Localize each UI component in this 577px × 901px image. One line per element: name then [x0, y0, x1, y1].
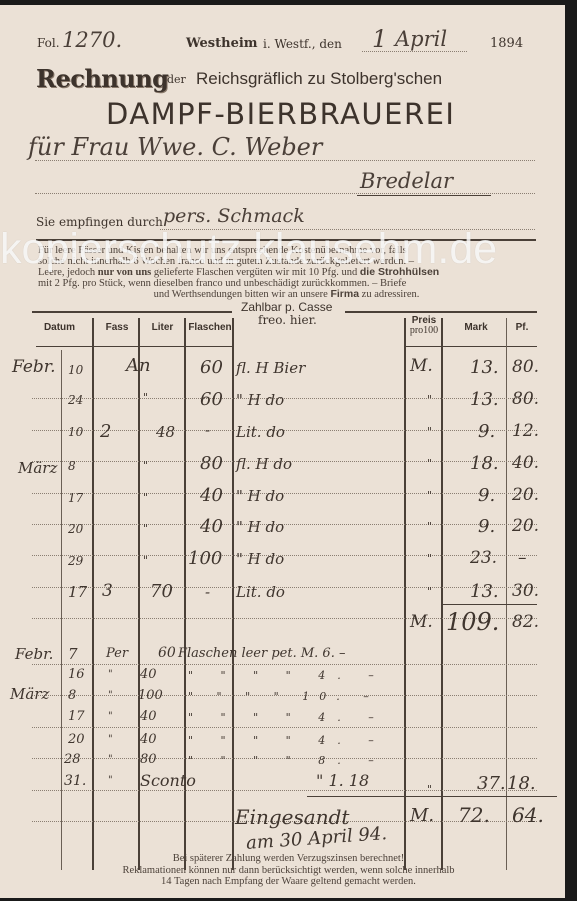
subtotal-rule	[442, 604, 537, 605]
folio-number: 1270.	[62, 28, 122, 52]
row-pf: 40.	[512, 453, 539, 473]
row-day: 10	[68, 425, 83, 439]
row-desc: Lit. do	[236, 423, 285, 441]
credit-total-pf: 18.	[507, 773, 536, 794]
credit-fass: "	[108, 734, 113, 745]
subtotal-pf: 82.	[512, 612, 539, 632]
row-pf: 80.	[512, 389, 539, 409]
date-month: April	[395, 27, 447, 51]
col-header-datum: Datum	[32, 322, 87, 333]
place-name: Westheim	[186, 36, 258, 51]
freo-label: freo. hier.	[258, 313, 317, 327]
row-preis: "	[427, 425, 432, 438]
row-flaschen: 60	[200, 389, 223, 410]
credit-desc: " " " " 8. –	[188, 754, 386, 767]
company-line: Reichsgräflich zu Stolberg'schen	[196, 69, 442, 89]
final-pf: 64.	[512, 803, 544, 827]
credit-desc: " 1. 18	[316, 771, 369, 790]
row-day: 17	[68, 491, 83, 505]
final-mark: 72.	[458, 803, 490, 827]
row-mark: 9.	[478, 421, 495, 442]
row-liter: 48	[156, 423, 175, 441]
rechnung-title: Rechnung	[36, 64, 168, 93]
brewery-name: DAMPF-BIERBRAUEREI	[106, 97, 455, 131]
row-preis: "	[427, 457, 432, 470]
row-dotline	[32, 555, 537, 556]
row-day: 29	[68, 554, 83, 568]
row-desc: Lit. do	[236, 583, 285, 601]
delivery-value: pers. Schmack	[163, 205, 305, 227]
date-year: 1894	[490, 36, 523, 51]
credit-day: 28	[64, 752, 81, 767]
row-pf: 12.	[512, 421, 539, 441]
subtotal-mark: 109.	[446, 608, 499, 636]
row-pf: 30.	[512, 581, 539, 601]
footer-notes: Bei späterer Zahlung werden Verzugszinse…	[0, 853, 577, 888]
header-bottom-right	[405, 346, 537, 347]
credit-desc: Flaschen leer pet. M. 6. –	[178, 646, 345, 661]
zahlbar-rule-right	[345, 311, 537, 313]
col-header-fass: Fass	[96, 322, 138, 333]
row-mark: 23.	[470, 548, 497, 568]
credit-month: März	[10, 685, 49, 703]
row-fass: 3	[102, 581, 113, 601]
row-dotline	[32, 493, 537, 494]
credit-total-rule	[307, 796, 557, 797]
row-mark: 13.	[470, 389, 499, 410]
row-mark: 9.	[478, 485, 495, 506]
pro100-label: pro100	[406, 326, 442, 336]
credit-liter: 100	[138, 688, 163, 703]
row-day: 8	[68, 459, 76, 473]
row-pf: 20.	[512, 485, 539, 505]
row-preis: "	[427, 520, 432, 533]
row-liter: "	[143, 554, 148, 567]
row-liter: 70	[150, 581, 173, 602]
row-flaschen: 40	[200, 485, 223, 506]
row-month: Febr.	[12, 357, 55, 377]
row-day: 24	[68, 393, 83, 407]
col-header-liter: Liter	[140, 322, 185, 333]
row-day: 17	[68, 583, 87, 601]
footer-line-2: Reklamationen können nur dann berücksich…	[0, 865, 577, 877]
row-mark: 13.	[470, 581, 499, 602]
recipient-name: für Frau Wwe. C. Weber	[28, 133, 322, 161]
row-flaschen: -	[205, 583, 210, 601]
credit-liter: 80	[140, 752, 157, 767]
recipient-dotline-2	[35, 193, 535, 194]
credit-fass: "	[108, 690, 113, 701]
row-desc: fl. H Bier	[236, 359, 305, 377]
credit-fass: Per	[106, 646, 128, 661]
credit-total-preis: "	[427, 783, 432, 796]
subtotal-preis: M.	[410, 612, 433, 632]
recipient-town: Bredelar	[360, 169, 453, 193]
row-month: März	[18, 459, 57, 477]
terms-line-5b: Firma	[330, 288, 359, 300]
row-liter: "	[143, 491, 148, 504]
credit-total-mark: 37.	[477, 773, 506, 794]
row-flaschen: -	[205, 421, 210, 439]
row-flaschen: 40	[200, 516, 223, 537]
credit-fass: "	[108, 754, 113, 765]
terms-line-5c: zu adressiren.	[362, 289, 420, 300]
row-flaschen: 60	[200, 357, 223, 378]
date-day: 1	[372, 25, 387, 53]
watermark: kopierschutz klausehm.de	[0, 225, 577, 274]
col-line-day	[61, 350, 62, 870]
col-header-preis: Preis pro100	[406, 316, 442, 336]
row-liter: "	[143, 459, 148, 472]
row-liter: "	[143, 522, 148, 535]
final-note: Eingesandt	[235, 805, 349, 829]
credit-day: 31.	[64, 773, 86, 789]
folio-label: Fol.	[37, 36, 60, 50]
terms-line-5a: und Werthsendungen bitten wir an unsere	[154, 289, 328, 300]
row-day: 10	[68, 363, 83, 377]
credit-liter: 40	[140, 709, 157, 724]
credit-liter: 60	[158, 645, 176, 661]
row-preis: "	[427, 489, 432, 502]
header-bottom-left	[36, 346, 234, 347]
footer-line-1: Bei späterer Zahlung werden Verzugszinse…	[0, 853, 577, 865]
col-line-desc	[232, 318, 234, 870]
row-desc: " H do	[236, 550, 284, 568]
row-liter: "	[143, 391, 148, 404]
der-word: der	[167, 73, 186, 86]
credit-fass: "	[108, 711, 113, 722]
row-preis: "	[427, 552, 432, 565]
credit-desc: " " " " 4. –	[188, 734, 386, 747]
row-dotline	[32, 398, 537, 399]
row-desc: " H do	[236, 487, 284, 505]
zahlbar-label: Zahlbar p. Casse	[241, 300, 332, 314]
row-mark: 9.	[478, 516, 495, 537]
col-line-mark	[441, 318, 443, 870]
row-pf: –	[518, 548, 527, 568]
credit-month: Febr.	[15, 645, 53, 663]
credit-desc: " " " " 4. –	[188, 669, 386, 682]
zahlbar-rule-left	[32, 311, 232, 313]
credit-day: 17	[68, 709, 85, 724]
row-dotline	[32, 524, 537, 525]
credit-desc: " " " " 10. –	[188, 690, 379, 703]
row-pf: 80.	[512, 357, 539, 377]
credit-liter: 40	[140, 667, 157, 682]
terms-line-4: mit 2 Pfg. pro Stück, wenn dieselben fra…	[38, 278, 535, 289]
final-preis: M.	[410, 805, 434, 826]
credit-day: 7	[68, 645, 78, 663]
row-fass: 2	[100, 421, 111, 442]
row-preis: "	[427, 393, 432, 406]
credit-fass: "	[108, 669, 113, 680]
col-header-mark: Mark	[446, 322, 506, 333]
row-desc: " H do	[236, 391, 284, 409]
row-mark: 13.	[470, 357, 499, 378]
row-preis: M.	[410, 356, 433, 376]
row-dotline	[32, 664, 537, 665]
credit-fass: "	[108, 775, 113, 786]
place-rest: i. Westf., den	[263, 37, 342, 51]
credit-liter: 40	[140, 732, 157, 747]
row-pf: 20.	[512, 516, 539, 536]
row-flaschen: 100	[188, 548, 222, 569]
col-header-pf: Pf.	[507, 322, 537, 333]
credit-day: 20	[68, 732, 85, 747]
credit-desc: " " " " 4. –	[188, 711, 386, 724]
credit-day: 8	[68, 688, 76, 703]
credit-liter: Sconto	[140, 771, 196, 790]
col-line-preis	[404, 318, 406, 870]
row-desc: " H do	[236, 518, 284, 536]
row-desc: fl. H do	[236, 455, 292, 473]
credit-day: 16	[68, 667, 85, 682]
row-flaschen: 80	[200, 453, 223, 474]
invoice-page: Fol. 1270. Westheim i. Westf., den 1 Apr…	[0, 5, 565, 898]
row-dotline	[32, 727, 537, 728]
terms-line-5: und Werthsendungen bitten wir an unsere …	[38, 289, 535, 300]
row-preis: "	[427, 585, 432, 598]
row-day: 20	[68, 522, 83, 536]
row-mark: 18.	[470, 453, 499, 474]
col-header-flaschen: Flaschen	[186, 322, 234, 333]
row-dotline	[32, 790, 537, 791]
town-underline	[357, 195, 491, 196]
col-line-fass	[92, 318, 94, 870]
footer-line-3: 14 Tagen nach Empfang der Waare geltend …	[0, 876, 577, 888]
row-liter: An	[126, 355, 151, 376]
